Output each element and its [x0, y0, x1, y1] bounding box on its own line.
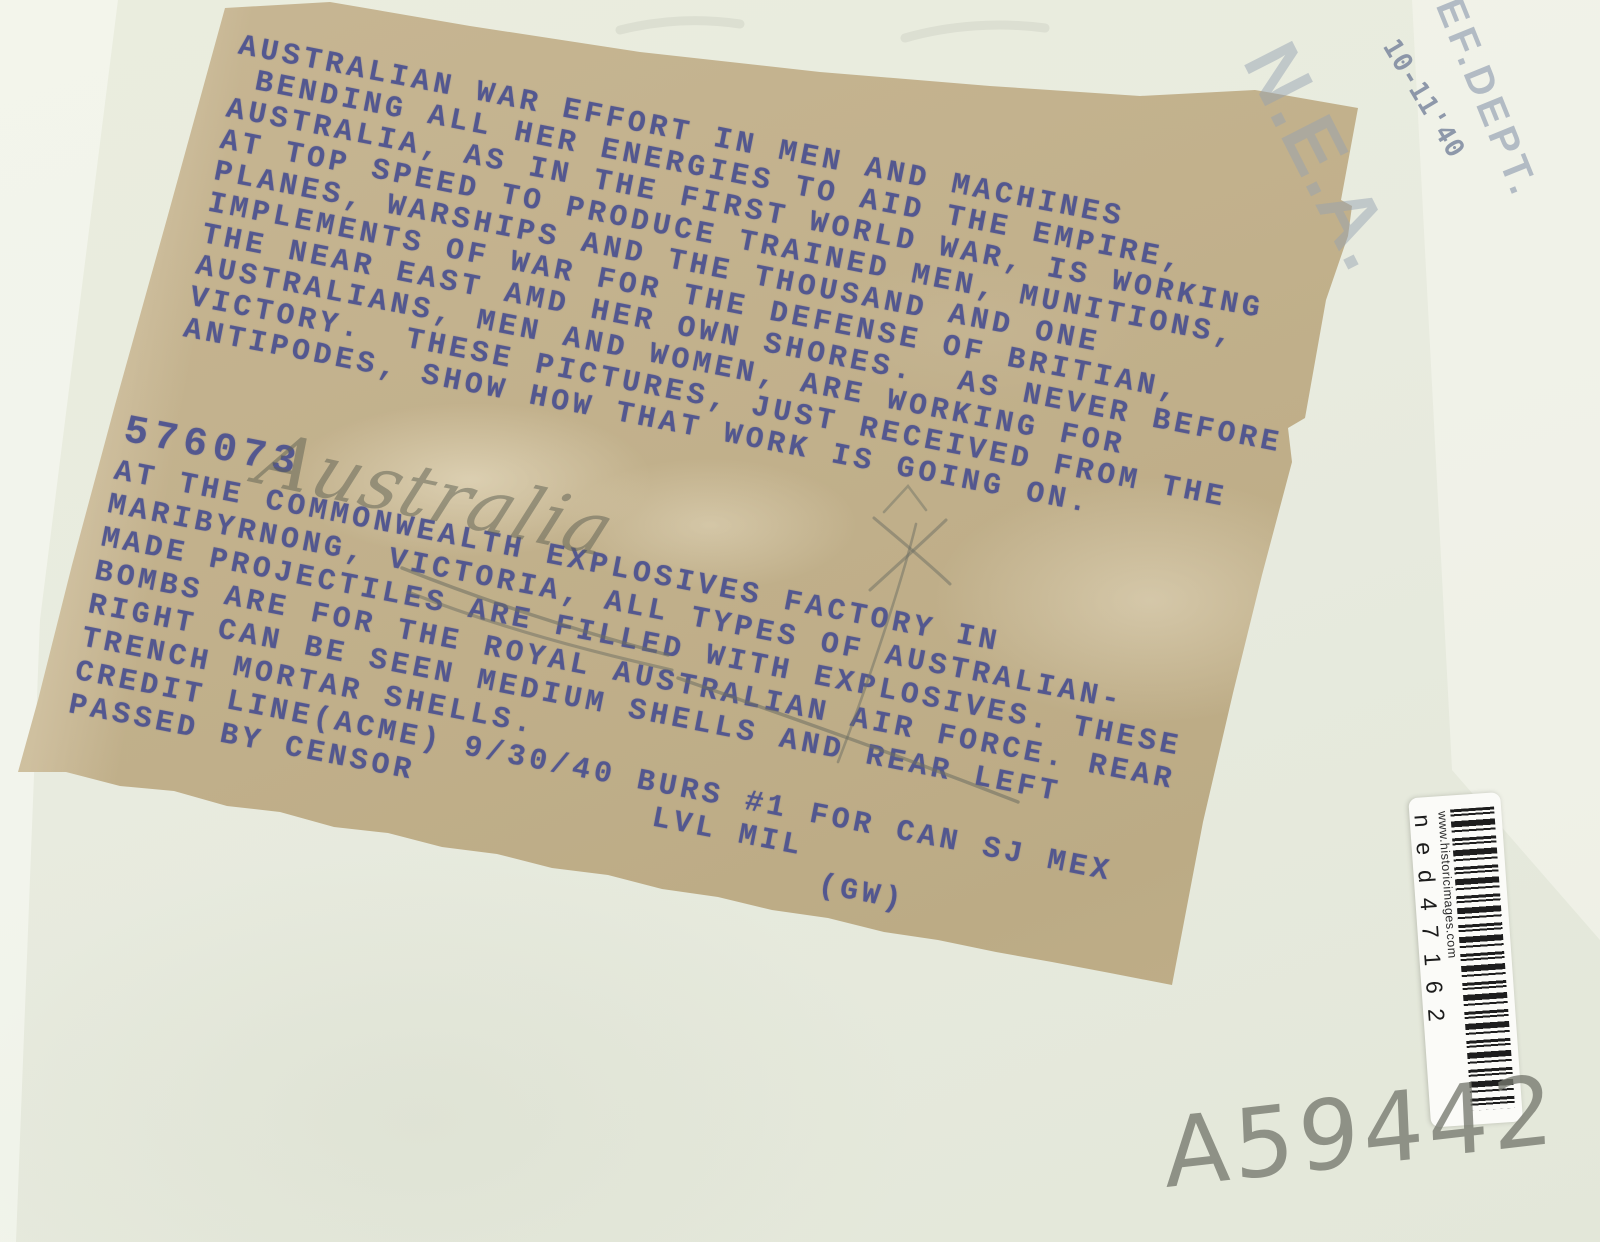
press-photo-back: { "slip": { "headline_lines": [ "AUSTRAL… [0, 0, 1600, 1242]
smudge [905, 25, 1045, 38]
smudge [620, 21, 740, 30]
archive-number: A59442 [1162, 1053, 1559, 1210]
